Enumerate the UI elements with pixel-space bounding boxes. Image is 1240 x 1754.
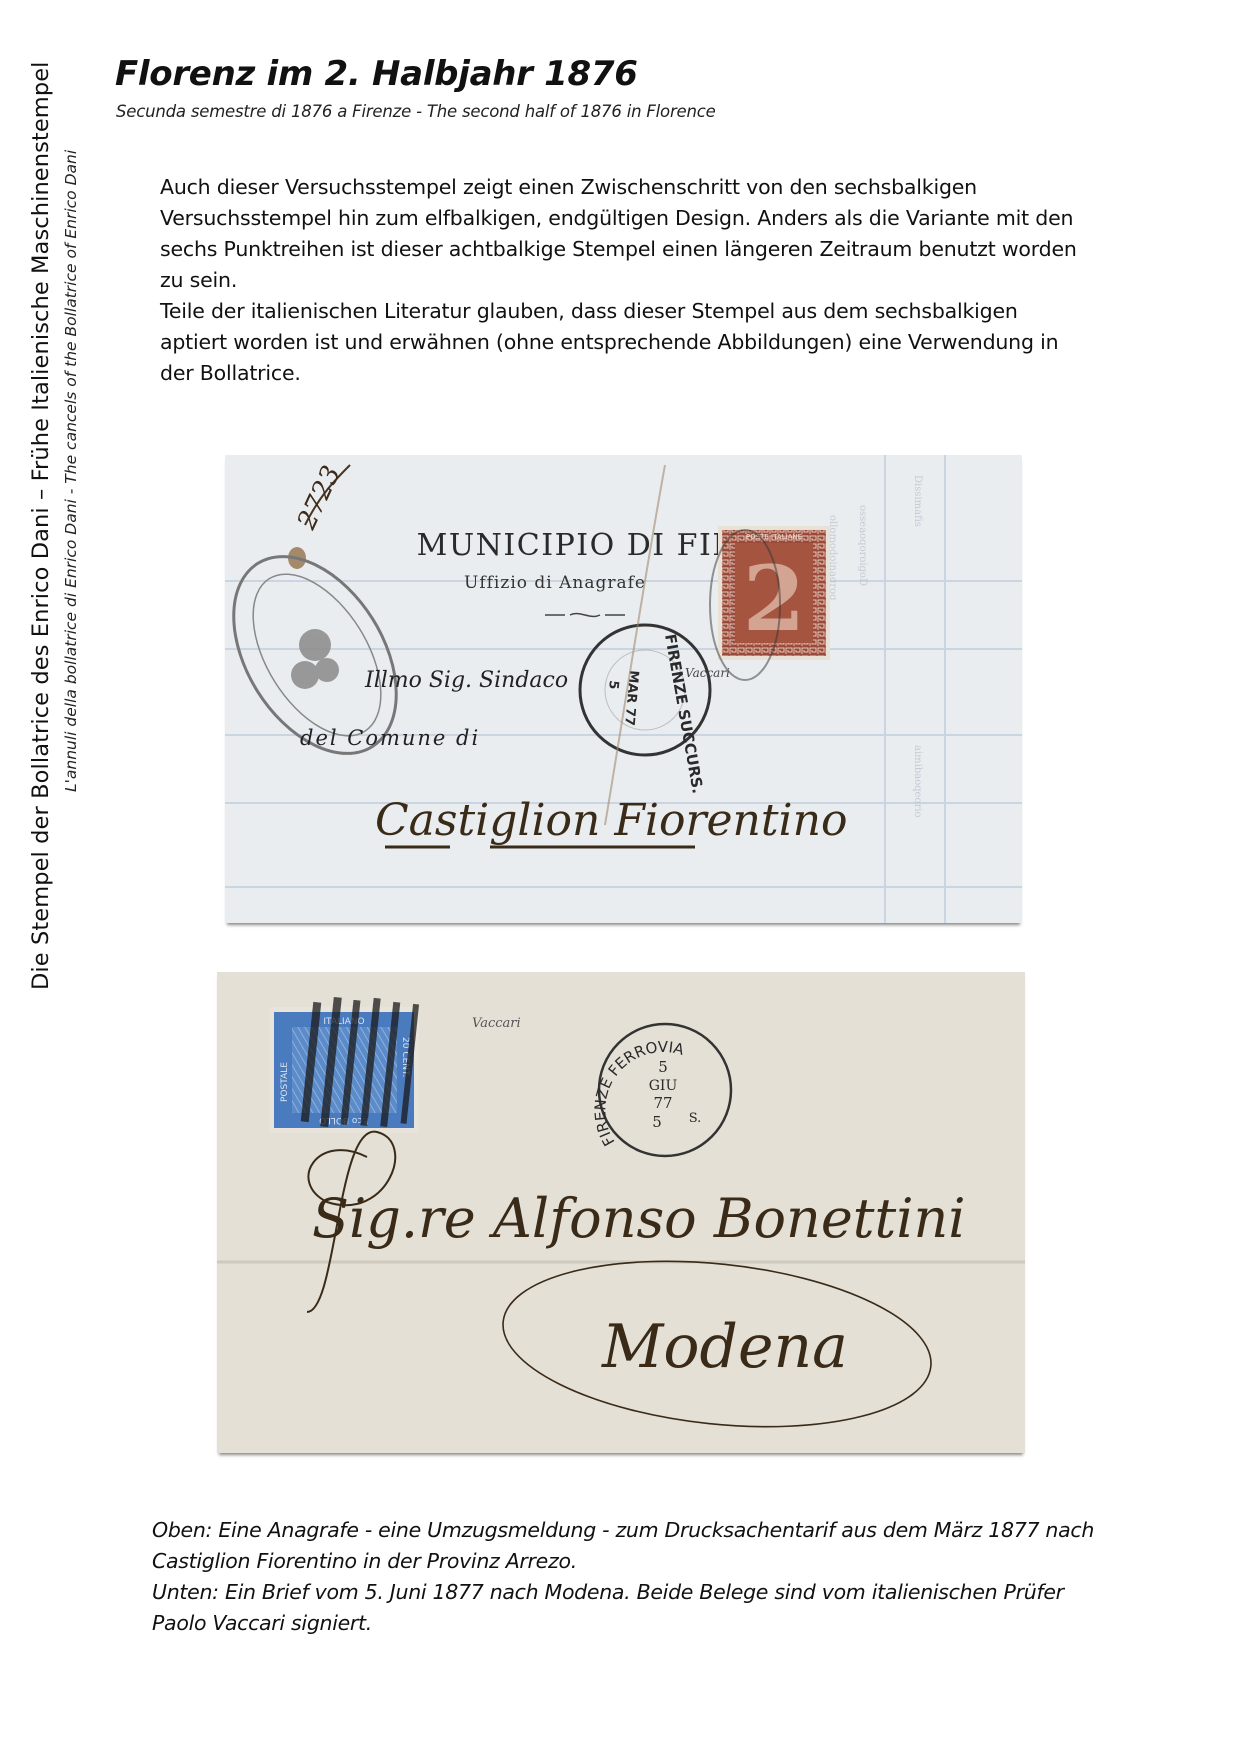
page-subtitle: Secunda semestre di 1876 a Firenze - The…: [116, 102, 716, 121]
page-title: Florenz im 2. Halbjahr 1876: [115, 54, 638, 94]
series-title: Die Stempel der Bollatrice des Enrico Da…: [28, 62, 54, 991]
stamp-2-centesimi: POSTE ITALIANE 2: [710, 526, 830, 680]
svg-text:Dissimafis: Dissimafis: [912, 475, 923, 527]
address-line-2: del Comune di: [300, 726, 480, 750]
cover-image-top: Dissimafis aimibaoqeorio osseaoqoroigoD …: [225, 455, 1022, 923]
svg-text:GIU: GIU: [649, 1078, 678, 1094]
stamp-20-centesimi: ITALIANO POSTALE 20 CENT. F.co BOLLO: [269, 997, 419, 1133]
cover-image-bottom: ITALIANO POSTALE 20 CENT. F.co BOLLO Vac…: [217, 972, 1025, 1453]
printed-subheader: Uffizio di Anagrafe: [464, 573, 646, 593]
svg-text:POSTE ITALIANE: POSTE ITALIANE: [746, 533, 802, 541]
series-subtitle: L'annuli della bollatrice di Enrico Dani…: [62, 150, 80, 792]
svg-text:77: 77: [653, 1094, 672, 1112]
expert-signature: Vaccari: [685, 666, 730, 680]
figure-caption: Oben: Eine Anagrafe - eine Umzugsmeldung…: [152, 1515, 1112, 1639]
svg-text:POSTALE: POSTALE: [280, 1062, 290, 1102]
body-paragraph: Auch dieser Versuchsstempel zeigt einen …: [160, 172, 1080, 296]
svg-text:5: 5: [652, 1113, 662, 1131]
address-line-1: Sig.re Alfonso Bonettini: [312, 1187, 966, 1250]
caption-line: Unten: Ein Brief vom 5. Juni 1877 nach M…: [152, 1577, 1112, 1639]
svg-text:5: 5: [658, 1058, 668, 1076]
svg-text:aimibaoqeorio: aimibaoqeorio: [912, 745, 923, 818]
svg-text:S.: S.: [689, 1111, 702, 1126]
svg-text:osseaoqoroigoD: osseaoqoroigoD: [857, 505, 868, 586]
side-margin: Die Stempel der Bollatrice des Enrico Da…: [0, 0, 100, 990]
address-line-1: Illmo Sig. Sindaco: [364, 668, 568, 693]
body-paragraph: Teile der italienischen Literatur glaube…: [160, 296, 1080, 389]
body-text: Auch dieser Versuchsstempel zeigt einen …: [160, 172, 1080, 389]
destination: Castiglion Fiorentino: [375, 795, 847, 846]
expert-signature: Vaccari: [472, 1016, 521, 1031]
destination: Modena: [601, 1312, 848, 1382]
svg-text:5: 5: [605, 680, 621, 690]
caption-line: Oben: Eine Anagrafe - eine Umzugsmeldung…: [152, 1515, 1112, 1577]
